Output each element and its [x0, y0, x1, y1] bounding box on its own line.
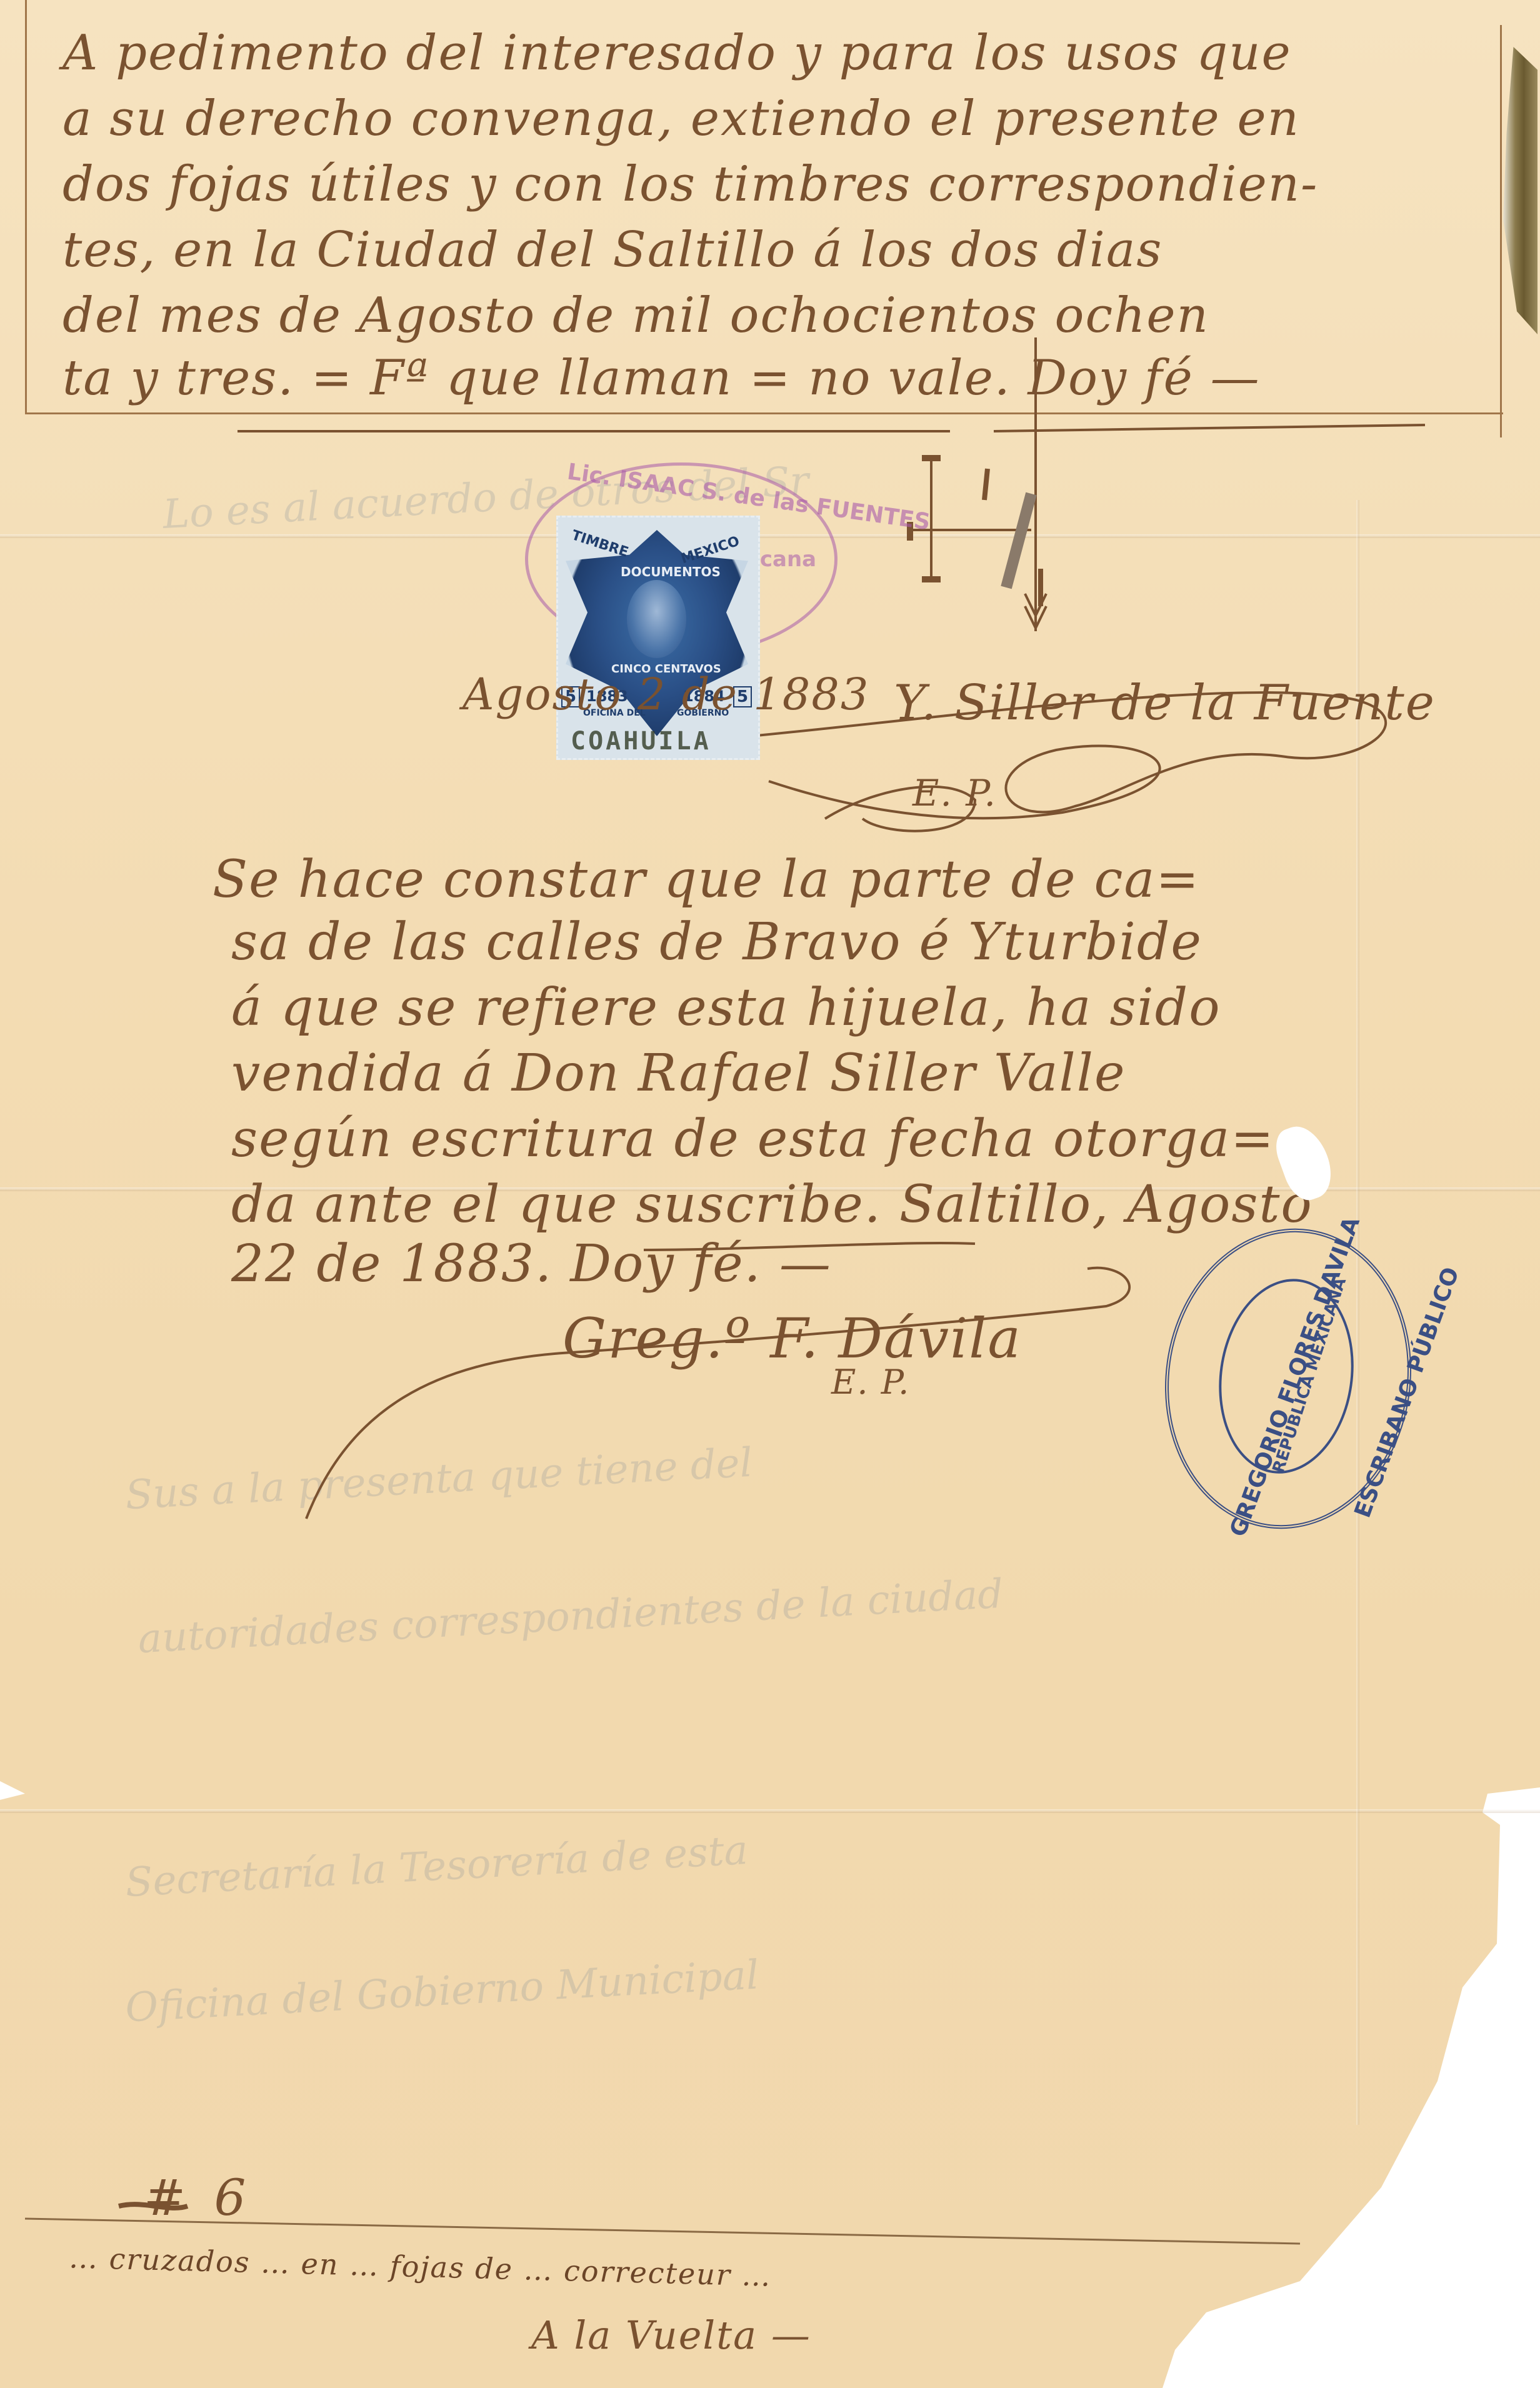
- text-line: Se hace constar que la parte de ca=: [212, 850, 1200, 909]
- revenue-stamp: TIMBRE MEXICO DOCUMENTOS CINCO CENTAVOS …: [556, 516, 760, 760]
- date-annotation: Agosto 2 de 1883: [462, 669, 869, 720]
- portrait-icon: [627, 580, 686, 658]
- continued-overleaf-label: A la Vuelta —: [531, 2312, 811, 2358]
- text-line: según escritura de esta fecha otorga=: [231, 1109, 1275, 1169]
- signature-siller-initials: E. P.: [912, 772, 997, 814]
- stamp-label-timbre: TIMBRE: [569, 527, 630, 561]
- stamp-overprint: COAHUILA: [571, 727, 711, 756]
- text-line: vendida á Don Rafael Siller Valle: [231, 1044, 1126, 1103]
- text-line: á que se refiere esta hijuela, ha sido: [231, 978, 1221, 1037]
- stamp-label-documentos: DOCUMENTOS: [621, 564, 721, 579]
- signature-davila-initials: E. P.: [831, 1362, 910, 1402]
- signature-siller: Y. Siller de la Fuente: [894, 675, 1436, 731]
- page-number-mark: # 6: [144, 2169, 252, 2227]
- text-line: da ante el que suscribe. Saltillo, Agost…: [231, 1175, 1313, 1234]
- text-line: 22 de 1883. Doy fé. —: [231, 1234, 832, 1294]
- text-line: sa de las calles de Bravo é Yturbide: [231, 912, 1202, 972]
- signature-davila: Greg.º F. Dávila: [562, 1306, 1022, 1371]
